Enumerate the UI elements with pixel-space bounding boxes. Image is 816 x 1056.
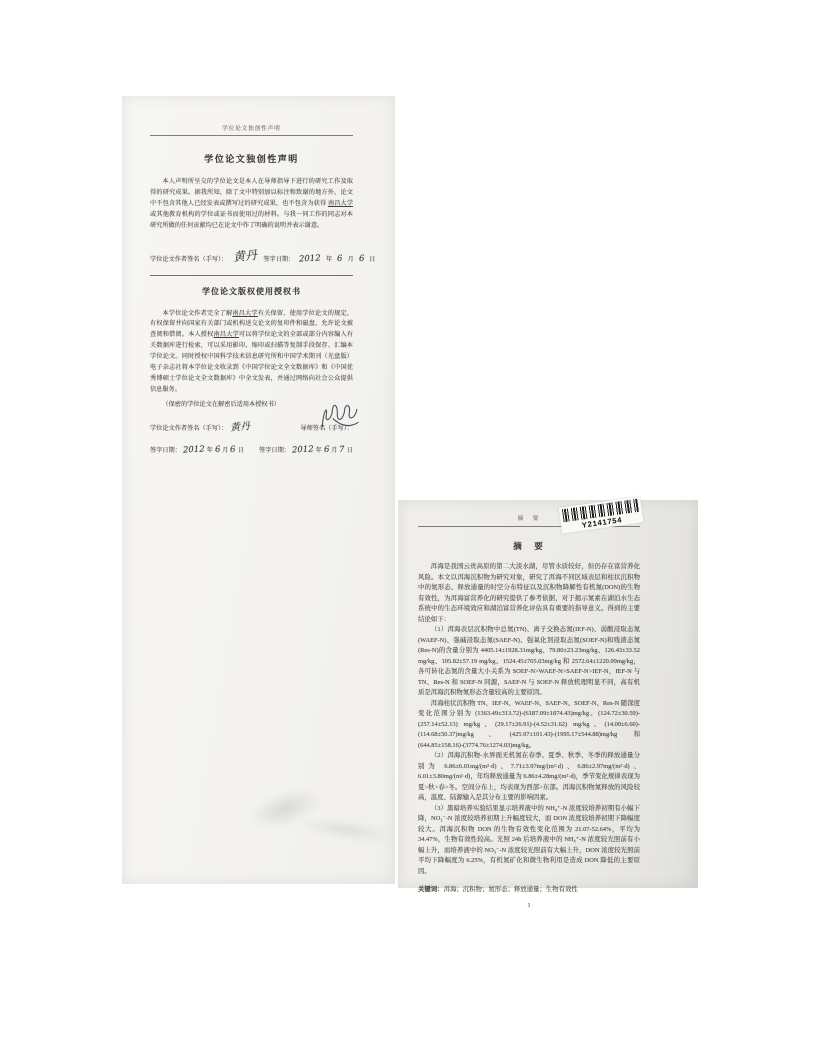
advisor-date-label: 签字日期： [259,447,290,454]
university-name: 南昌大学 [232,310,257,317]
declaration-body-pre: 本人声明所呈交的学位论文是本人在导师指导下进行的研究工作及取得的研究成果。据我所… [150,178,353,207]
author-signature-handwriting: 黄丹 [230,417,251,434]
month-unit: 月 [222,447,228,454]
abstract-paragraph-core: 洱海柱状沉积物 TN、IEF-N、WAEF-N、SAEF-N、SOEF-N、Re… [418,699,640,752]
keywords-label: 关键词： [418,886,444,893]
advisor-date-day-handwriting: 7 [339,445,345,455]
advisor-date-cell: 签字日期：2012年6月7日 [259,445,353,454]
authorization-signature-row: 学位论文作者签名（手写）：黄丹 导师签名（手写）： [150,418,353,432]
advisor-date-year-handwriting: 2012 [292,444,314,455]
university-name: 南昌大学 [214,331,239,338]
month-unit: 月 [348,254,354,263]
author-signature-label: 学位论文作者签名（手写）： [150,254,227,263]
authorization-seg1: 本学位论文作者完全了解 [162,310,232,317]
page-declaration: 学位论文独创性声明 学位论文独创性声明 本人声明所呈交的学位论文是本人在导师指导… [122,96,395,884]
month-unit: 月 [331,447,337,454]
declaration-title: 学位论文独创性声明 [150,152,353,165]
year-unit: 年 [207,447,213,454]
running-header-wrap: 学位论文独创性声明 [150,96,353,136]
authorization-date-row: 签字日期：2012年6月6日 签字日期：2012年6月7日 [150,445,353,454]
day-unit: 日 [369,254,375,263]
author-signature-handwriting: 黄丹 [233,245,259,264]
page-abstract: 摘 要 Y2141754 摘 要 洱海是我国云贵高原的第二大淡水湖，尽管水质较好… [398,500,698,888]
author-date-year-handwriting: 2012 [183,444,205,455]
day-unit: 日 [347,447,353,454]
sign-date-label: 签字日期： [263,254,294,263]
abstract-paragraph-intro: 洱海是我国云贵高原的第二大淡水湖，尽管水质较好，但仍存在富营养化风险。本文以洱海… [418,562,640,625]
authorization-seg3: 可以将学位论文的全部或部分内容编入有关数据库进行检索，可以采用影印、缩印或扫描等… [150,331,353,393]
authorization-body: 本学位论文作者完全了解南昌大学有关保留、使用学位论文的规定，有权保留并向国家有关… [150,309,353,396]
smudge-mark [297,813,395,846]
abstract-paragraph-2: （2）洱海沉积物-水界面无机氮在春季、夏季、秋季、冬季的释放通量分别为 6.86… [418,751,640,804]
sign-date-year-handwriting: 2012 [299,253,321,264]
year-unit: 年 [316,447,322,454]
author-date-cell: 签字日期：2012年6月6日 [150,445,259,454]
keywords-text: 洱海；沉积物；氮形态；释放通量；生物有效性 [444,886,578,893]
scanned-thesis-screenshot: { "page1": { "running_header": "学位论文独创性声… [0,0,816,1056]
running-header: 学位论文独创性声明 [150,124,353,136]
page-number: 1 [418,903,640,909]
sign-date-month-handwriting: 6 [337,253,343,263]
smudge-mark [243,781,328,837]
day-unit: 日 [238,447,244,454]
author-date-month-handwriting: 6 [215,445,221,455]
declaration-signature-row: 学位论文作者签名（手写）：黄丹签字日期：2012年6月6日 [150,247,353,263]
author-signature-label: 学位论文作者签名（手写）： [150,423,227,432]
declaration-body: 本人声明所呈交的学位论文是本人在导师指导下进行的研究工作及取得的研究成果。据我所… [150,177,353,232]
advisor-signature-cell: 导师签名（手写）： [300,418,353,432]
abstract-title: 摘 要 [418,540,640,552]
advisor-date-month-handwriting: 6 [324,445,330,455]
abstract-paragraph-1: （1）洱海表层沉积物中总氮(TN)、离子交换态氮(IEF-N)、弱酸浸取态氮(W… [418,625,640,699]
author-signature-cell: 学位论文作者签名（手写）：黄丹 [150,418,253,432]
author-date-label: 签字日期： [150,447,181,454]
authorization-title: 学位论文版权使用授权书 [150,286,353,297]
keywords-line: 关键词：洱海；沉积物；氮形态；释放通量；生物有效性 [418,885,640,896]
declaration-body-post: 或其他教育机构的学位或证书而使用过的材料。与我一同工作的同志对本研究所做的任何贡… [150,211,353,229]
sign-date-day-handwriting: 6 [358,253,364,263]
year-unit: 年 [326,254,332,263]
university-name: 南昌大学 [328,200,353,207]
abstract-paragraph-3: （3）黑暗培养实验结果显示培养液中的 NH₄⁺-N 浓度较培养初期有小幅下降，N… [418,804,640,878]
author-date-day-handwriting: 6 [230,445,236,455]
section-divider-rule [150,275,353,276]
